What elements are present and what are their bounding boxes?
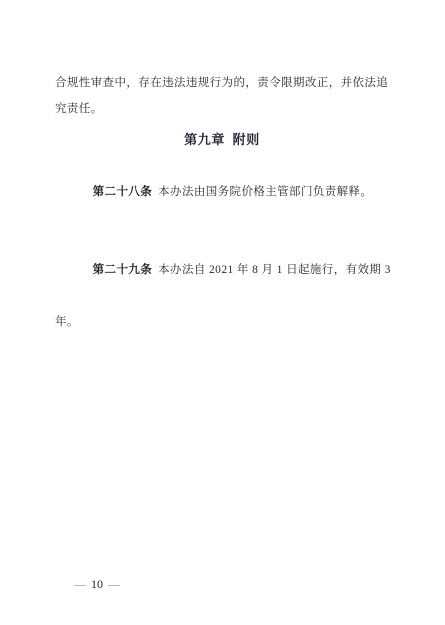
page-number-dash-right: —	[108, 577, 120, 591]
article-28-label: 第二十八条	[93, 186, 153, 198]
page-number-value: 10	[91, 577, 103, 591]
article-28-text: 本办法由国务院价格主管部门负责解释。	[158, 186, 372, 198]
article-28-paragraph: 第二十八条本办法由国务院价格主管部门负责解释。	[55, 153, 389, 231]
article-29-label: 第二十九条	[93, 264, 153, 276]
continuation-paragraph-line-2: 究责任。	[55, 96, 389, 122]
page-number: —10—	[62, 563, 120, 605]
page-content: 合规性审查中，存在违法违规行为的，责令限期改正，并依法追 究责任。 第九章 附则…	[55, 70, 389, 335]
page-number-dash-left: —	[74, 577, 86, 591]
continuation-paragraph-line-1: 合规性审查中，存在违法违规行为的，责令限期改正，并依法追	[55, 70, 389, 96]
article-29-paragraph-line-2: 年。	[55, 309, 389, 335]
article-29-text-line-1: 本办法自 2021 年 8 月 1 日起施行，有效期 3	[158, 264, 391, 276]
chapter-heading: 第九章 附则	[55, 127, 389, 153]
article-29-paragraph-line-1: 第二十九条本办法自 2021 年 8 月 1 日起施行，有效期 3	[55, 231, 389, 309]
document-page: 合规性审查中，存在违法违规行为的，责令限期改正，并依法追 究责任。 第九章 附则…	[0, 0, 445, 625]
